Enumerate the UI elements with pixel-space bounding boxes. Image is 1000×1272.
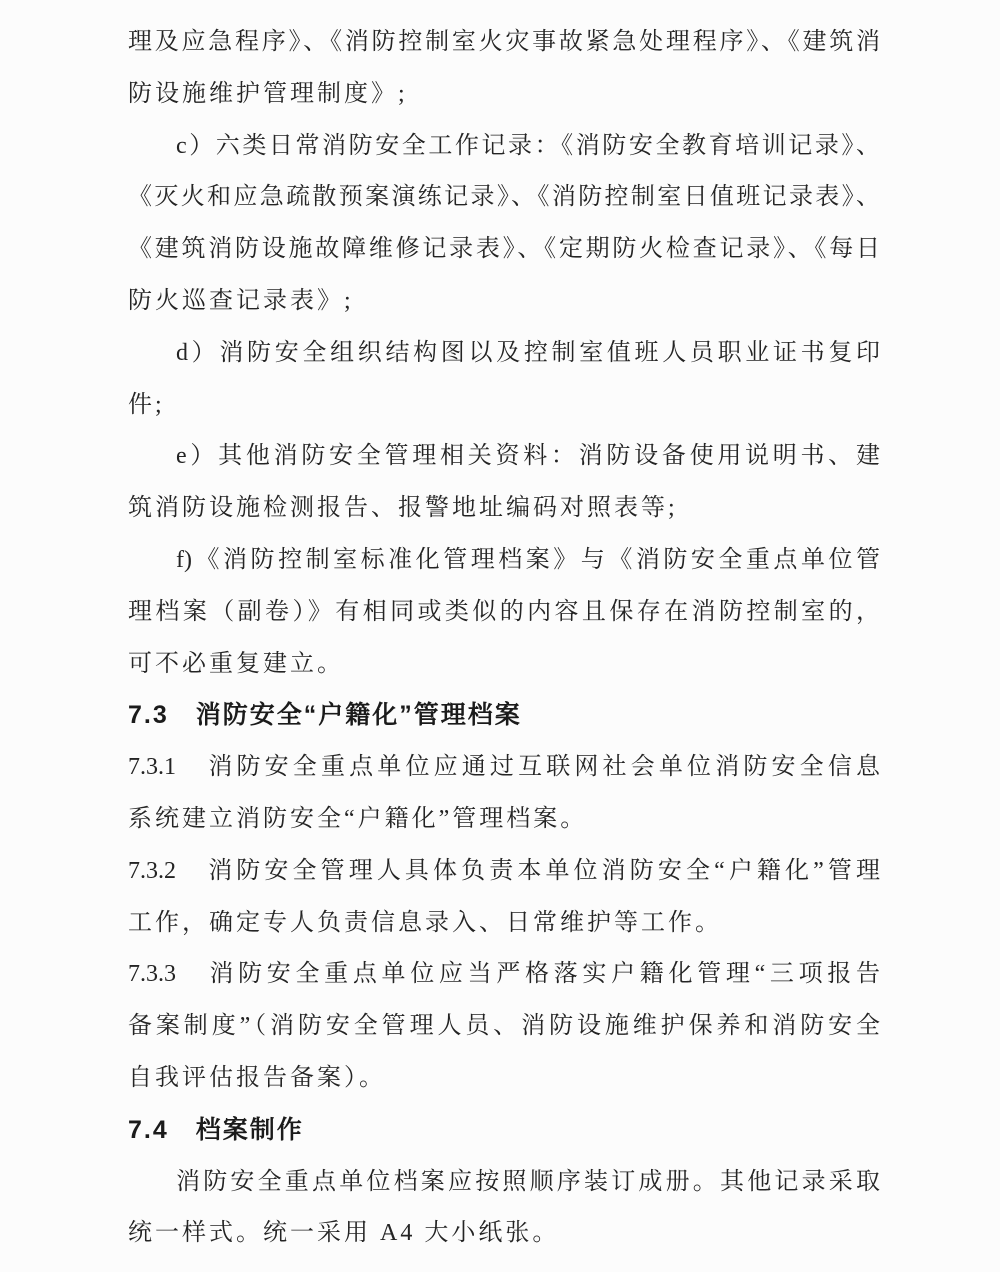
text-line: 统一样式。统一采用 A4 大小纸张。 [128, 1208, 880, 1260]
text-line: 理档案（副卷）》有相同或类似的内容且保存在消防控制室的， [128, 587, 880, 639]
clause-7-3-2: 7.3.2 消防安全管理人具体负责本单位消防安全“户籍化”管理 [128, 846, 880, 898]
text-line: 消防安全重点单位档案应按照顺序装订成册。其他记录采取 [128, 1157, 880, 1209]
text-line: 备案制度”（消防安全管理人员、消防设施维护保养和消防安全 [128, 1001, 880, 1053]
clause-7-3-1: 7.3.1 消防安全重点单位应通过互联网社会单位消防安全信息 [128, 742, 880, 794]
section-heading-7-4: 7.4 档案制作 [128, 1105, 880, 1157]
text-line: 防设施维护管理制度》; [128, 69, 880, 121]
text-line: 自我评估报告备案）。 [128, 1053, 880, 1105]
text-line: 防火巡查记录表》; [128, 276, 880, 328]
text-line: 工作，确定专人负责信息录入、日常维护等工作。 [128, 898, 880, 950]
section-heading-7-3: 7.3 消防安全“户籍化”管理档案 [128, 690, 880, 742]
list-item-e: e）其他消防安全管理相关资料：消防设备使用说明书、建 [128, 431, 880, 483]
text-line: 筑消防设施检测报告、报警地址编码对照表等; [128, 483, 880, 535]
text-line: 《灭火和应急疏散预案演练记录》、《消防控制室日值班记录表》、 [128, 172, 880, 224]
list-item-f: f)《消防控制室标准化管理档案》与《消防安全重点单位管 [128, 535, 880, 587]
text-line: 件; [128, 380, 880, 432]
text-line: 《建筑消防设施故障维修记录表》、《定期防火检查记录》、《每日 [128, 224, 880, 276]
document-page: 理及应急程序》、《消防控制室火灾事故紧急处理程序》、《建筑消 防设施维护管理制度… [0, 0, 1000, 1272]
text-line: 系统建立消防安全“户籍化”管理档案。 [128, 794, 880, 846]
text-line: 可不必重复建立。 [128, 639, 880, 691]
list-item-c: c）六类日常消防安全工作记录：《消防安全教育培训记录》、 [128, 121, 880, 173]
text-line: 理及应急程序》、《消防控制室火灾事故紧急处理程序》、《建筑消 [128, 17, 880, 69]
clause-7-3-3: 7.3.3 消防安全重点单位应当严格落实户籍化管理“三项报告 [128, 949, 880, 1001]
document-content: 理及应急程序》、《消防控制室火灾事故紧急处理程序》、《建筑消 防设施维护管理制度… [128, 17, 880, 1260]
list-item-d: d）消防安全组织结构图以及控制室值班人员职业证书复印 [128, 328, 880, 380]
